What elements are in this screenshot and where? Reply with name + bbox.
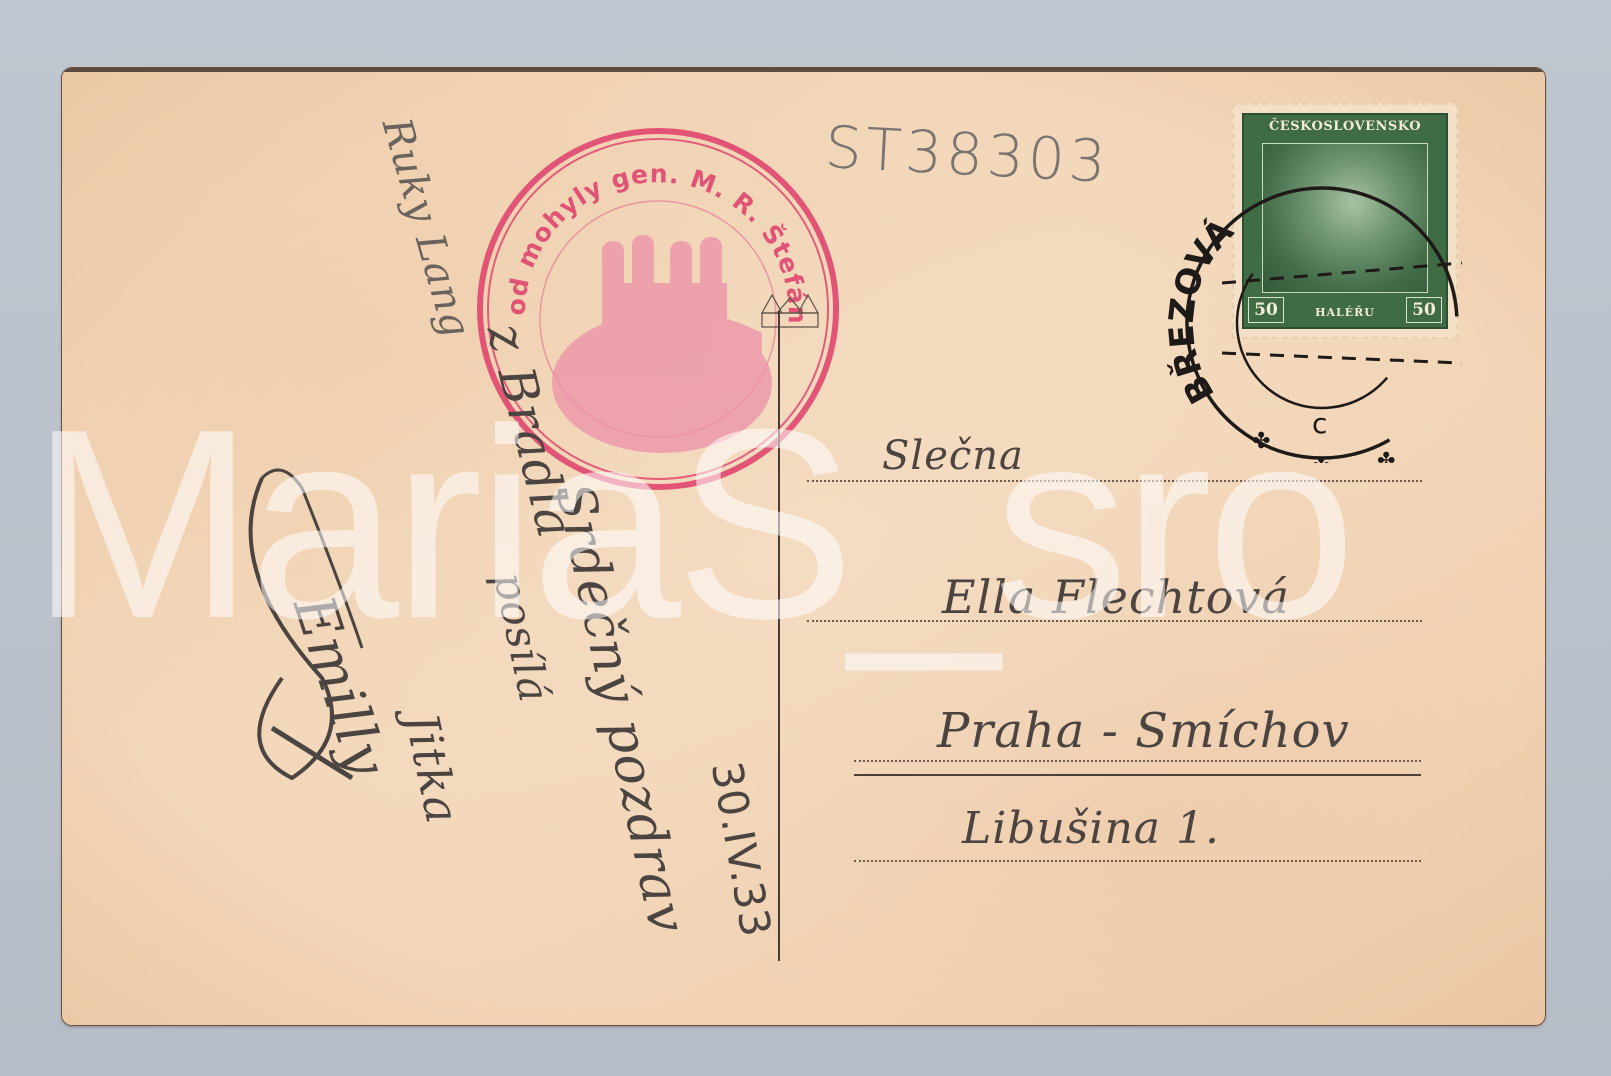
svg-text:✤: ✤ — [1377, 449, 1395, 463]
postmark-letter: c — [1312, 407, 1327, 440]
address-salutation: Slečna — [882, 433, 1024, 479]
stamp-value-right: 50 — [1406, 297, 1442, 323]
date-written: 30.IV.33 — [702, 758, 781, 941]
inventory-code: ST38303 — [823, 113, 1111, 196]
portrait-icon — [1262, 143, 1428, 293]
scan-background: ST38303 od mohyly gen. M. R. Štefánika n… — [0, 0, 1611, 1076]
address-line-3 — [854, 760, 1421, 762]
postage-stamp: ČESKOSLOVENSKO 50 HALÉŘU 50 — [1232, 103, 1458, 339]
signature-flourish-icon — [202, 448, 402, 808]
address-name: Ella Flechtová — [942, 570, 1290, 624]
postcard-back: ST38303 od mohyly gen. M. R. Štefánika n… — [62, 68, 1545, 1025]
address-city: Praha - Smíchov — [937, 703, 1350, 759]
address-line-4 — [854, 860, 1421, 862]
svg-text:✤: ✤ — [1312, 454, 1330, 463]
message-line: Srdečný pozdrav — [543, 478, 697, 939]
center-divider — [778, 311, 780, 961]
signature-line: Ruky Lang — [373, 113, 480, 343]
address-line-1 — [807, 480, 1422, 482]
address-street: Libušina 1. — [962, 803, 1220, 854]
address-underline — [854, 774, 1421, 776]
address-line-2 — [807, 620, 1422, 622]
message-line: Jitka — [394, 708, 470, 829]
postmark-town: BŘEZOVÁ — [1162, 210, 1242, 410]
ornament-icon: ✤ ✤ ✤ — [1252, 429, 1395, 463]
mound-illustration-icon — [552, 235, 772, 453]
svg-text:BŘEZOVÁ: BŘEZOVÁ — [1162, 210, 1242, 410]
stamp-country: ČESKOSLOVENSKO — [1244, 119, 1446, 134]
message-line: posílá — [484, 568, 559, 707]
svg-text:✤: ✤ — [1252, 429, 1270, 454]
